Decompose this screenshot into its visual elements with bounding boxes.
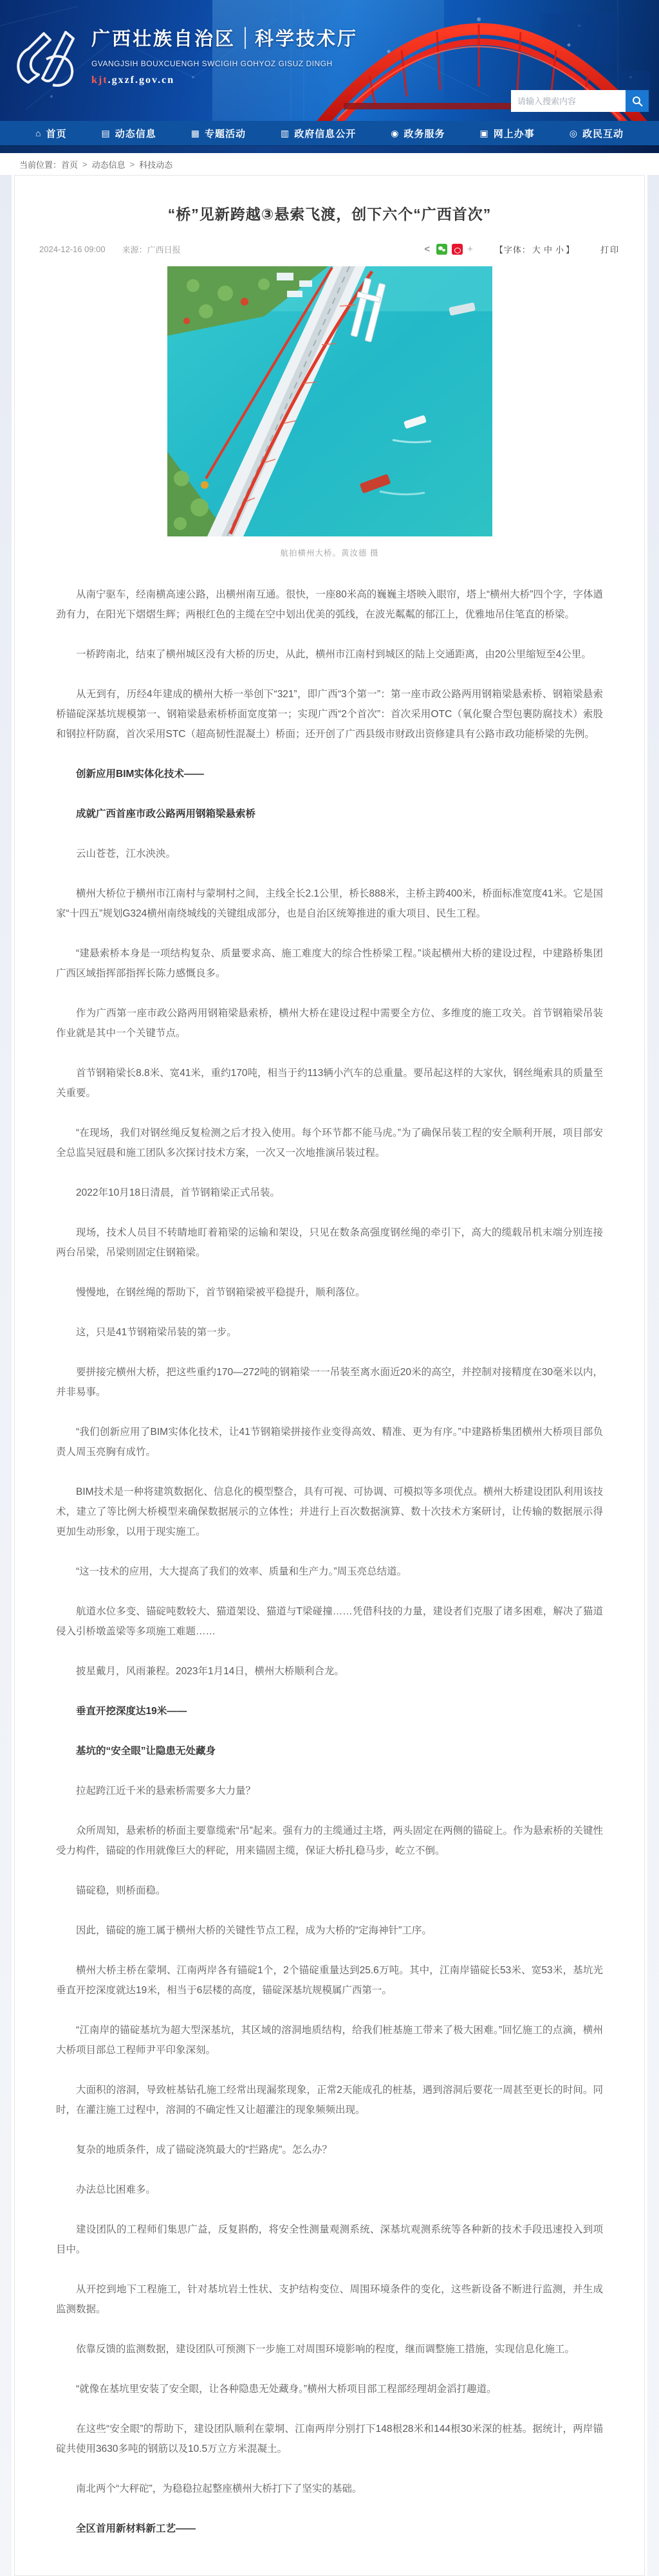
bridge-aerial-photo [167, 266, 492, 536]
article-paragraph: “在现场，我们对钢丝绳反复检测之后才投入使用。每个环节都不能马虎。”为了确保吊装… [56, 1123, 603, 1163]
nav-item-icon: ▣ [479, 128, 488, 139]
article-paragraph: 作为广西第一座市政公路两用钢箱梁悬索桥，横州大桥在建设过程中需要全方位、多维度的… [56, 1003, 603, 1043]
article-paragraph: 从开挖到地下工程施工，针对基坑岩土性状、支护结构变位、周围环境条件的变化，这些新… [56, 2279, 603, 2319]
article-paragraph: 现场，技术人员目不转睛地盯着箱梁的运输和架设，只见在数条高强度钢丝绳的牵引下，高… [56, 1223, 603, 1263]
article-paragraph: 创新应用BIM实体化技术—— [56, 764, 603, 784]
image-caption: 航拍横州大桥。黄汝德 摄 [167, 547, 492, 558]
font-size-label-close: 】 [566, 245, 575, 255]
more-share-icon[interactable]: + [467, 244, 473, 255]
article-paragraph: 办法总比困难多。 [56, 2180, 603, 2200]
nav-item-icon: ▥ [281, 128, 290, 139]
nav-item[interactable]: ▦ 专题活动 [191, 127, 246, 140]
font-size-small-button[interactable]: 小 [555, 245, 564, 255]
org-name: 广西壮族自治区 [91, 24, 236, 51]
article-paragraph: “建悬索桥本身是一项结构复杂、质量要求高、施工难度大的综合性桥梁工程。”谈起横州… [56, 944, 603, 983]
article-paragraph: 因此，锚碇的施工属于横州大桥的关键性节点工程，成为大桥的“定海神针”工序。 [56, 1921, 603, 1941]
nav-item[interactable]: ▥ 政府信息公开 [281, 127, 356, 140]
article-paragraph: 在这些“安全眼”的帮助下，建设团队顺利在蒙垌、江南两岸分别打下148根28米和1… [56, 2419, 603, 2459]
nav-item-icon: ▤ [101, 128, 110, 139]
article-paragraph: 云山苍苍，江水泱泱。 [56, 844, 603, 864]
nav-item-label: 政府信息公开 [294, 127, 356, 140]
article-paragraph: “江南岸的锚碇基坑为超大型深基坑，其区域的溶洞地质结构，给我们桩基施工带来了极大… [56, 2020, 603, 2060]
article-paragraph: “我们创新应用了BIM实体化技术，让41节钢箱梁拼接作业变得高效、精准、更为有序… [56, 1422, 603, 1462]
font-size-medium-button[interactable]: 中 [544, 245, 553, 255]
font-size-large-button[interactable]: 大 [532, 245, 541, 255]
nav-item[interactable]: ▤ 动态信息 [101, 127, 156, 140]
breadcrumb-separator: > [130, 160, 135, 169]
search-input[interactable] [511, 90, 626, 112]
breadcrumb-home-link[interactable]: 首页 [61, 158, 78, 170]
article-paragraph: 拉起跨江近千米的悬索桥需要多大力量？ [56, 1781, 603, 1801]
article-paragraph: 从无到有，历经4年建成的横州大桥一举创下“321”，即广西“3个第一”：第一座市… [56, 684, 603, 744]
article-paragraph: 建设团队的工程师们集思广益，反复斟酌，将安全性测量观测系统、深基坑观测系统等各种… [56, 2220, 603, 2260]
weibo-share-icon[interactable] [452, 244, 463, 255]
nav-item[interactable]: ◎ 政民互动 [570, 127, 624, 140]
breadcrumb-label: 当前位置： [19, 158, 61, 170]
article-paragraph: 南北两个“大秤砣”，为稳稳拉起整座横州大桥打下了坚实的基础。 [56, 2479, 603, 2499]
main-nav: ⌂ 首页 ▤ 动态信息 ▦ 专题活动 ▥ 政府信息公开 ◉ 政务服务 [0, 121, 659, 145]
article-date: 2024-12-16 09:00 [39, 244, 106, 254]
article-paragraph: 锚碇稳，则桥面稳。 [56, 1881, 603, 1901]
nav-bottom-strip [0, 145, 659, 153]
article-paragraph: 慢慢地，在钢丝绳的帮助下，首节钢箱梁被平稳提升，顺利落位。 [56, 1283, 603, 1302]
nav-item-label: 政民互动 [582, 127, 624, 140]
site-url: kjt.gxzf.gov.cn [91, 75, 358, 86]
article-source: 来源：广西日报 [122, 243, 181, 255]
breadcrumb-separator: > [82, 160, 88, 169]
hero-figure: 航拍横州大桥。黄汝德 摄 [167, 266, 492, 558]
article-paragraph: 复杂的地质条件，成了锚碇浇筑最大的“拦路虎”。怎么办？ [56, 2140, 603, 2160]
nav-item-icon: ⌂ [35, 128, 41, 138]
article-paragraph: 首节钢箱梁长8.8米、宽41米，重约170吨，相当于约113辆小汽车的总重量。要… [56, 1063, 603, 1103]
article-paragraph: 基坑的“安全眼”让隐患无处藏身 [56, 1741, 603, 1761]
article-paragraph: 众所周知，悬索桥的桥面主要靠缆索“吊”起来。强有力的主缆通过主塔，两头固定在两侧… [56, 1821, 603, 1861]
nav-item[interactable]: ▣ 网上办事 [479, 127, 534, 140]
title-divider [245, 27, 246, 49]
article-paragraph: 垂直开挖深度达19米—— [56, 1701, 603, 1721]
article-paragraph: 横州大桥位于横州市江南村与蒙垌村之间，主线全长2.1公里，桥长888米，主桥主跨… [56, 884, 603, 924]
dept-name: 科学技术厅 [255, 24, 358, 51]
article-card: “桥”见新跨越③悬索飞渡，创下六个“广西首次” 2024-12-16 09:00… [14, 175, 645, 2576]
search-box [511, 90, 649, 112]
article-paragraph: 2022年10月18日清晨，首节钢箱梁正式吊装。 [56, 1183, 603, 1203]
article-paragraph: 横州大桥主桥在蒙垌、江南两岸各有锚碇1个，2个锚碇重量达到25.6万吨。其中，江… [56, 1960, 603, 2000]
font-size-control: 【字体：大中小】 [495, 243, 575, 255]
nav-item[interactable]: ◉ 政务服务 [391, 127, 445, 140]
nav-item[interactable]: ⌂ 首页 [35, 127, 66, 140]
article-meta-row: 2024-12-16 09:00 来源：广西日报 < + 【字体：大中小】 打印 [15, 242, 644, 256]
breadcrumb-section-link[interactable]: 动态信息 [92, 158, 125, 170]
article-paragraph: 披星戴月，风雨兼程。2023年1月14日，横州大桥顺利合龙。 [56, 1661, 603, 1681]
breadcrumb-current[interactable]: 科技动态 [139, 158, 172, 170]
nav-item-label: 专题活动 [205, 127, 246, 140]
wechat-share-icon[interactable] [436, 244, 447, 255]
article-paragraph: BIM技术是一种将建筑数据化、信息化的模型整合，具有可视、可协调、可模拟等多项优… [56, 1482, 603, 1542]
search-button[interactable] [626, 90, 649, 112]
banner-text-block: 广西壮族自治区 科学技术厅 GVANGJSIH BOUXCUENGH SWCIG… [91, 24, 358, 86]
article-paragraph: “就像在基坑里安装了安全眼，让各种隐患无处藏身。”横州大桥项目部工程部经理胡金滔… [56, 2379, 603, 2399]
article-paragraph: 航道水位多变、锚碇吨数较大、猫道架设、猫道与T梁碰撞……凭借科技的力量，建设者们… [56, 1602, 603, 1641]
article-meta-right: < + 【字体：大中小】 打印 [424, 243, 620, 255]
article-paragraph: “这一技术的应用，大大提高了我们的效率、质量和生产力。”周玉亮总结道。 [56, 1562, 603, 1582]
nav-item-icon: ◎ [570, 128, 578, 139]
article-paragraph: 这，只是41节钢箱梁吊装的第一步。 [56, 1322, 603, 1342]
article-paragraph: 大面积的溶洞，导致桩基钻孔施工经常出现漏浆现象，正常2天能成孔的桩基，遇到溶洞后… [56, 2080, 603, 2120]
gxst-logo-icon [9, 21, 85, 96]
article-paragraph: 要拼接完横州大桥，把这些重约170—272吨的钢箱梁一一吊装至离水面近20米的高… [56, 1362, 603, 1402]
search-icon [632, 96, 643, 107]
article-body: 从南宁驱车，经南横高速公路，出横州南互通。很快，一座80米高的巍巍主塔映入眼帘，… [15, 558, 644, 2539]
nav-item-label: 动态信息 [115, 127, 156, 140]
nav-item-label: 网上办事 [494, 127, 535, 140]
site-banner: 广西壮族自治区 科学技术厅 GVANGJSIH BOUXCUENGH SWCIG… [0, 0, 659, 121]
banner-subtitle-zhuang: GVANGJSIH BOUXCUENGH SWCIGIH GOHYOZ GISU… [91, 59, 358, 68]
article-paragraph: 成就广西首座市政公路两用钢箱梁悬索桥 [56, 804, 603, 824]
article-paragraph: 依靠反馈的监测数据，建设团队可预测下一步施工对周围环境影响的程度，继而调整施工措… [56, 2339, 603, 2359]
article-paragraph: 全区首用新材料新工艺—— [56, 2519, 603, 2539]
nav-item-icon: ◉ [391, 128, 399, 139]
nav-item-icon: ▦ [191, 128, 200, 139]
nav-item-label: 首页 [46, 127, 66, 140]
article-title: “桥”见新跨越③悬索飞渡，创下六个“广西首次” [15, 203, 644, 224]
nav-item-label: 政务服务 [404, 127, 445, 140]
article-meta-left: 2024-12-16 09:00 来源：广西日报 [39, 243, 181, 255]
article-paragraph: 一桥跨南北，结束了横州城区没有大桥的历史，从此，横州市江南村到城区的陆上交通距离… [56, 644, 603, 664]
page: 广西壮族自治区 科学技术厅 GVANGJSIH BOUXCUENGH SWCIG… [0, 0, 659, 2576]
print-button[interactable]: 打印 [600, 243, 620, 255]
share-icon[interactable]: < [424, 244, 430, 255]
breadcrumb: 当前位置： 首页 > 动态信息 > 科技动态 [0, 153, 659, 175]
font-size-label-open: 【字体： [495, 245, 531, 255]
article-paragraph: 从南宁驱车，经南横高速公路，出横州南互通。很快，一座80米高的巍巍主塔映入眼帘，… [56, 585, 603, 625]
